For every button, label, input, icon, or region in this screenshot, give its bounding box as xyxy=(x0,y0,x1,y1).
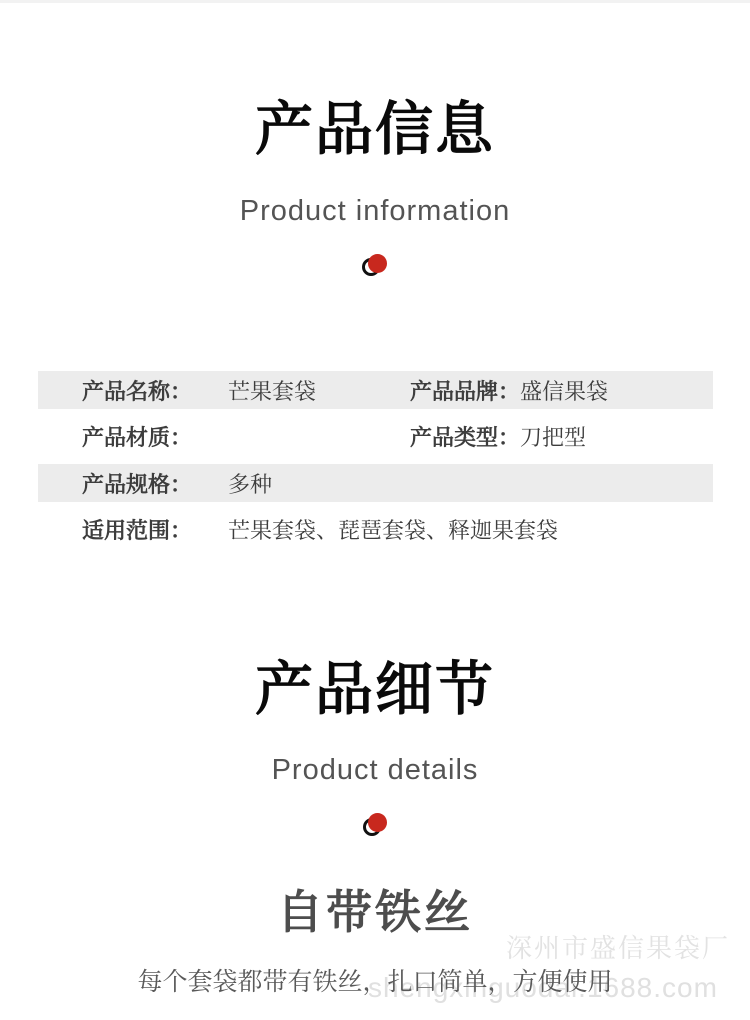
spec-cell: 产品材质： xyxy=(82,421,410,452)
spec-value: 盛信果袋 xyxy=(520,375,608,406)
red-dot-ring-decoration xyxy=(345,799,405,849)
feature-description: 每个套袋都带有铁丝，扎口简单，方便使用 xyxy=(0,962,750,998)
spec-cell: 适用范围： 芒果套袋、琵琶套袋、释迦果套袋 xyxy=(82,514,410,545)
spec-label: 适用范围： xyxy=(82,514,228,545)
red-dot-icon xyxy=(368,813,387,832)
table-row: 适用范围： 芒果套袋、琵琶套袋、释迦果套袋 xyxy=(38,502,713,557)
red-dot-ring-decoration xyxy=(345,240,405,290)
spec-label: 产品规格： xyxy=(82,468,228,499)
table-row: 产品材质： 产品类型： 刀把型 xyxy=(38,409,713,464)
product-details-subtitle: Product details xyxy=(0,754,750,787)
product-info-page: 产品信息 Product information 产品名称： 芒果套袋 产品品牌… xyxy=(0,0,750,1020)
spec-value: 多种 xyxy=(228,468,272,499)
product-info-title: 产品信息 xyxy=(0,98,750,162)
spec-label: 产品类型： xyxy=(410,421,520,452)
product-details-title: 产品细节 xyxy=(0,658,750,722)
spec-value: 芒果套袋 xyxy=(228,375,316,406)
table-row: 产品名称： 芒果套袋 产品品牌： 盛信果袋 xyxy=(38,371,713,409)
product-info-subtitle: Product information xyxy=(0,195,750,228)
top-divider xyxy=(0,0,750,3)
spec-cell: 产品品牌： 盛信果袋 xyxy=(410,375,608,406)
spec-cell: 产品类型： 刀把型 xyxy=(410,421,586,452)
table-row: 产品规格： 多种 xyxy=(38,464,713,502)
spec-value: 芒果套袋、琵琶套袋、释迦果套袋 xyxy=(228,514,558,545)
spec-cell: 产品规格： 多种 xyxy=(82,468,410,499)
spec-label: 产品材质： xyxy=(82,421,228,452)
spec-label: 产品名称： xyxy=(82,375,228,406)
spec-value: 刀把型 xyxy=(520,421,586,452)
red-dot-icon xyxy=(368,254,387,273)
spec-label: 产品品牌： xyxy=(410,375,520,406)
feature-heading: 自带铁丝 xyxy=(0,876,750,942)
product-spec-table: 产品名称： 芒果套袋 产品品牌： 盛信果袋 产品材质： 产品类型： 刀把型 产品… xyxy=(38,371,713,557)
spec-cell: 产品名称： 芒果套袋 xyxy=(82,375,410,406)
